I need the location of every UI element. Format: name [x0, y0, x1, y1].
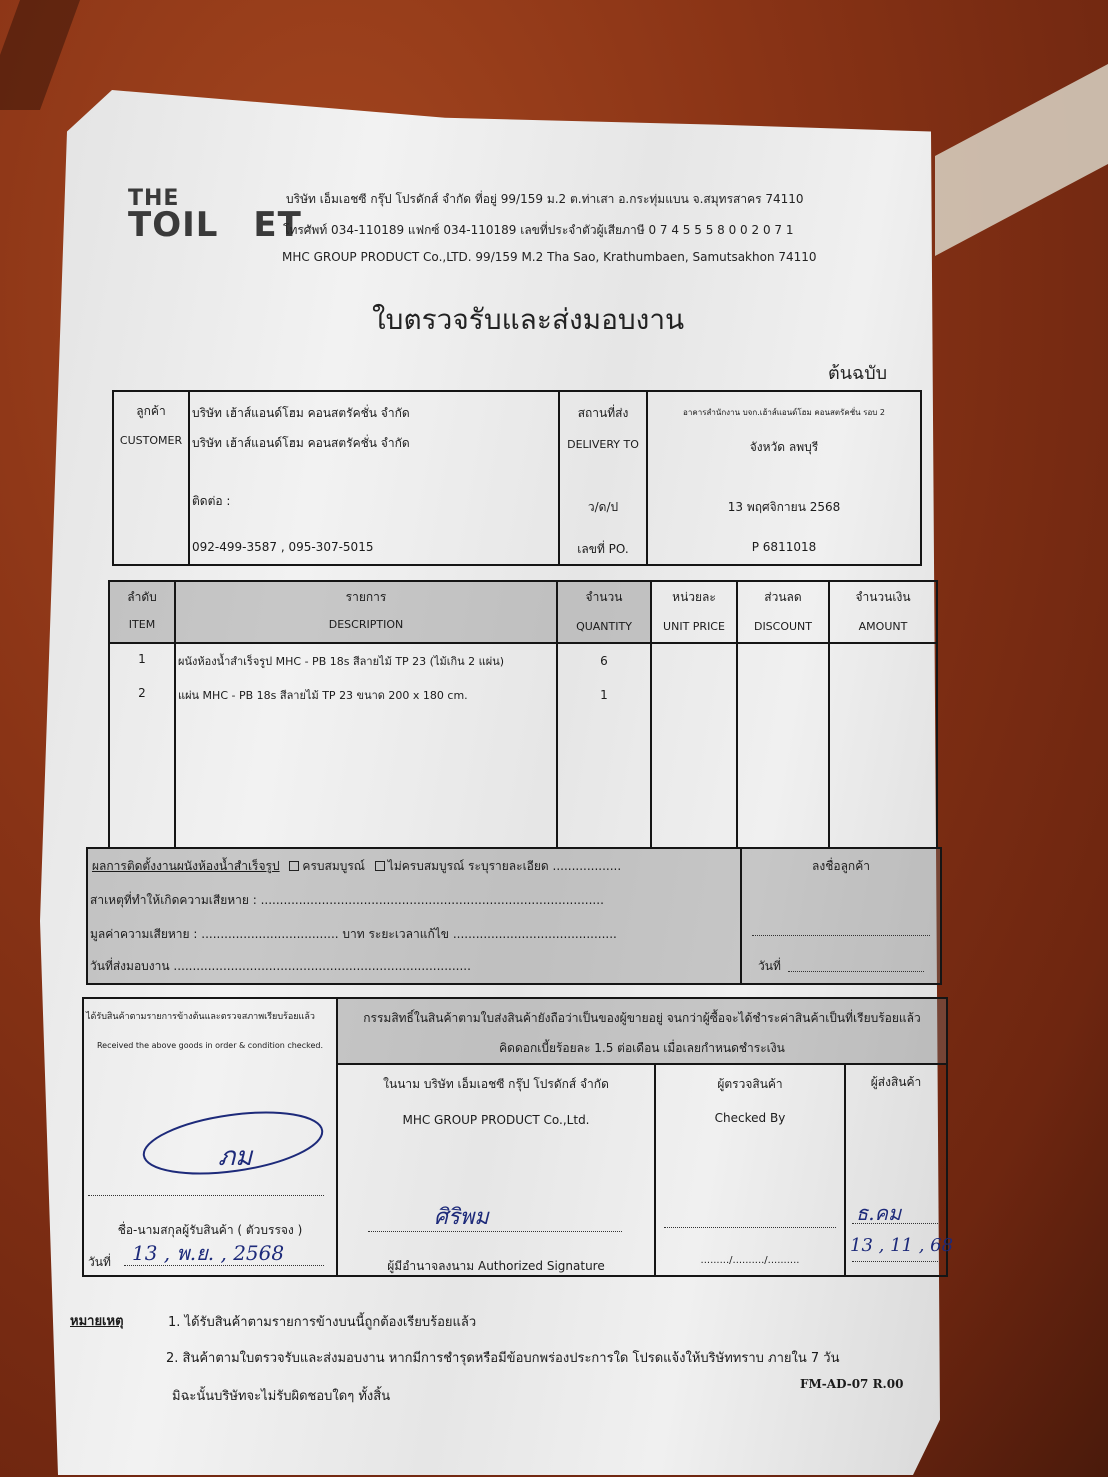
col-item-en: ITEM — [110, 618, 174, 631]
col-discount-en: DISCOUNT — [738, 620, 828, 633]
sender-signature: ธ.คม — [856, 1197, 901, 1229]
customer-sign-label: ลงชื่อลูกค้า — [742, 857, 940, 876]
date-label: ว/ด/ป — [560, 498, 646, 517]
col-amount-th: จำนวนเงิน — [830, 588, 936, 607]
row-1-item: 1 — [110, 652, 174, 666]
delivery-label-th: สถานที่ส่ง — [560, 404, 646, 423]
receiver-name-line[interactable] — [88, 1195, 324, 1196]
damage-value-field[interactable]: มูลค่าความเสียหาย : ....................… — [90, 925, 617, 944]
ownership-line-1: กรรมสิทธิ์ในสินค้าตามใบส่งสินค้ายังถือว่… — [338, 1009, 946, 1028]
sender-date: 13 , 11 , 68 — [850, 1235, 953, 1256]
customer-sign-line[interactable] — [752, 935, 930, 936]
floor-tile-corner — [935, 64, 1108, 256]
po-label: เลขที่ PO. — [560, 540, 646, 559]
company-address-en: MHC GROUP PRODUCT Co.,LTD. 99/159 M.2 Th… — [282, 250, 817, 264]
customer-date-line[interactable] — [788, 971, 924, 972]
col-discount-th: ส่วนลด — [738, 588, 828, 607]
receiver-signature: ภม — [138, 1103, 328, 1183]
items-table: ลำดับ ITEM รายการ DESCRIPTION จำนวน QUAN… — [108, 580, 938, 849]
option-complete-label: ครบสมบูรณ์ — [302, 859, 365, 873]
col-quantity-th: จำนวน — [558, 588, 650, 607]
checkbox-complete[interactable] — [289, 861, 299, 871]
checker-label-en: Checked By — [656, 1111, 844, 1125]
note-3: มิฉะนั้นบริษัทจะไม่รับผิดชอบใดๆ ทั้งสิ้น — [172, 1385, 390, 1406]
col-description-en: DESCRIPTION — [176, 618, 556, 631]
on-behalf-en: MHC GROUP PRODUCT Co.,Ltd. — [338, 1113, 654, 1127]
authorized-signature: ศิริพม — [434, 1199, 489, 1234]
checker-label-th: ผู้ตรวจสินค้า — [656, 1075, 844, 1094]
customer-phones: 092-499-3587 , 095-307-5015 — [192, 540, 373, 554]
wood-shadow-left — [0, 0, 80, 110]
col-quantity-en: QUANTITY — [558, 620, 650, 633]
checker-sign-line[interactable] — [664, 1227, 836, 1228]
form-code: FM-AD-07 R.00 — [800, 1377, 903, 1391]
authorized-signature-label: ผู้มีอำนาจลงนาม Authorized Signature — [338, 1257, 654, 1276]
customer-name-2: บริษัท เฮ้าส์แอนด์โฮม คอนสตรัคชั่น จำกัด — [192, 434, 410, 453]
delivery-address-1: อาคารสำนักงาน บจก.เฮ้าส์แอนด์โฮม คอนสตรั… — [648, 406, 920, 419]
row-2-description: แผ่น MHC - PB 18s สีลายไม้ TP 23 ขนาด 20… — [178, 686, 468, 704]
row-2-quantity: 1 — [558, 688, 650, 702]
row-2-item: 2 — [110, 686, 174, 700]
delivery-date: 13 พฤศจิกายน 2568 — [648, 498, 920, 517]
notes-label: หมายเหตุ — [70, 1310, 124, 1331]
customer-contact-label: ติดต่อ : — [192, 492, 230, 511]
copy-label: ต้นฉบับ — [828, 358, 887, 387]
col-unit-price-th: หน่วยละ — [652, 588, 736, 607]
po-number: P 6811018 — [648, 540, 920, 554]
svg-text:ภม: ภม — [218, 1142, 254, 1172]
installation-section: ผลการติดตั้งงานผนังห้องน้ำสำเร็จรูป ครบส… — [86, 847, 942, 985]
authorized-sign-line[interactable] — [368, 1231, 622, 1232]
note-2: 2. สินค้าตามใบตรวจรับและส่งมอบงาน หากมีก… — [166, 1347, 839, 1368]
customer-label-th: ลูกค้า — [114, 402, 188, 421]
customer-name-1: บริษัท เฮ้าส์แอนด์โฮม คอนสตรัคชั่น จำกัด — [192, 404, 410, 423]
customer-delivery-box: ลูกค้า CUSTOMER บริษัท เฮ้าส์แอนด์โฮม คอ… — [112, 390, 922, 566]
handover-date-field[interactable]: วันที่ส่งมอบงาน ........................… — [90, 957, 471, 976]
ownership-line-2: คิดดอกเบี้ยร้อยละ 1.5 ต่อเดือน เมื่อเลยก… — [338, 1039, 946, 1058]
damage-cause-field[interactable]: สาเหตุที่ทำให้เกิดความเสียหาย : ........… — [90, 891, 604, 910]
received-en: Received the above goods in order & cond… — [84, 1041, 336, 1050]
installation-result-label: ผลการติดตั้งงานผนังห้องน้ำสำเร็จรูป — [92, 859, 280, 873]
logo-toilet: TOIL ET — [128, 208, 302, 242]
sender-date-line[interactable] — [852, 1261, 938, 1262]
receiver-date-line[interactable] — [124, 1265, 324, 1266]
note-1: 1. ได้รับสินค้าตามรายการข้างบนนี้ถูกต้อง… — [168, 1311, 476, 1332]
col-item-th: ลำดับ — [110, 588, 174, 607]
delivery-label-en: DELIVERY TO — [560, 438, 646, 451]
sender-label: ผู้ส่งสินค้า — [846, 1073, 946, 1092]
customer-date-label: วันที่ — [758, 957, 781, 976]
customer-label-en: CUSTOMER — [114, 434, 188, 447]
sender-sign-line[interactable] — [852, 1223, 938, 1224]
delivery-address-2: จังหวัด ลพบุรี — [648, 438, 920, 457]
option-incomplete-label: ไม่ครบสมบูรณ์ ระบุรายละเอียด ...........… — [388, 859, 621, 873]
col-amount-en: AMOUNT — [830, 620, 936, 633]
row-1-description: ผนังห้องน้ำสำเร็จรูป MHC - PB 18s สีลายไ… — [178, 652, 504, 670]
company-contact-th: โทรศัพท์ 034-110189 แฟกซ์ 034-110189 เลข… — [283, 221, 794, 240]
col-unit-price-en: UNIT PRICE — [652, 620, 736, 633]
col-description-th: รายการ — [176, 588, 556, 607]
company-logo: THE TOIL ET — [128, 188, 302, 242]
on-behalf-th: ในนาม บริษัท เอ็มเอชซี กรุ๊ป โปรดักส์ จำ… — [338, 1075, 654, 1094]
company-address-th: บริษัท เอ็มเอชซี กรุ๊ป โปรดักส์ จำกัด ที… — [286, 190, 804, 209]
installation-result-row: ผลการติดตั้งงานผนังห้องน้ำสำเร็จรูป ครบส… — [92, 857, 621, 876]
row-1-quantity: 6 — [558, 654, 650, 668]
checkbox-incomplete[interactable] — [375, 861, 385, 871]
checker-date-blank[interactable]: ........./........../.......... — [656, 1255, 844, 1266]
received-th: ได้รับสินค้าตามรายการข้างต้นและตรวจสภาพเ… — [86, 1009, 315, 1023]
receiver-date-label: วันที่ — [88, 1253, 111, 1272]
document-title: ใบตรวจรับและส่งมอบงาน — [372, 298, 684, 342]
receipt-section: ได้รับสินค้าตามรายการข้างต้นและตรวจสภาพเ… — [82, 997, 948, 1277]
